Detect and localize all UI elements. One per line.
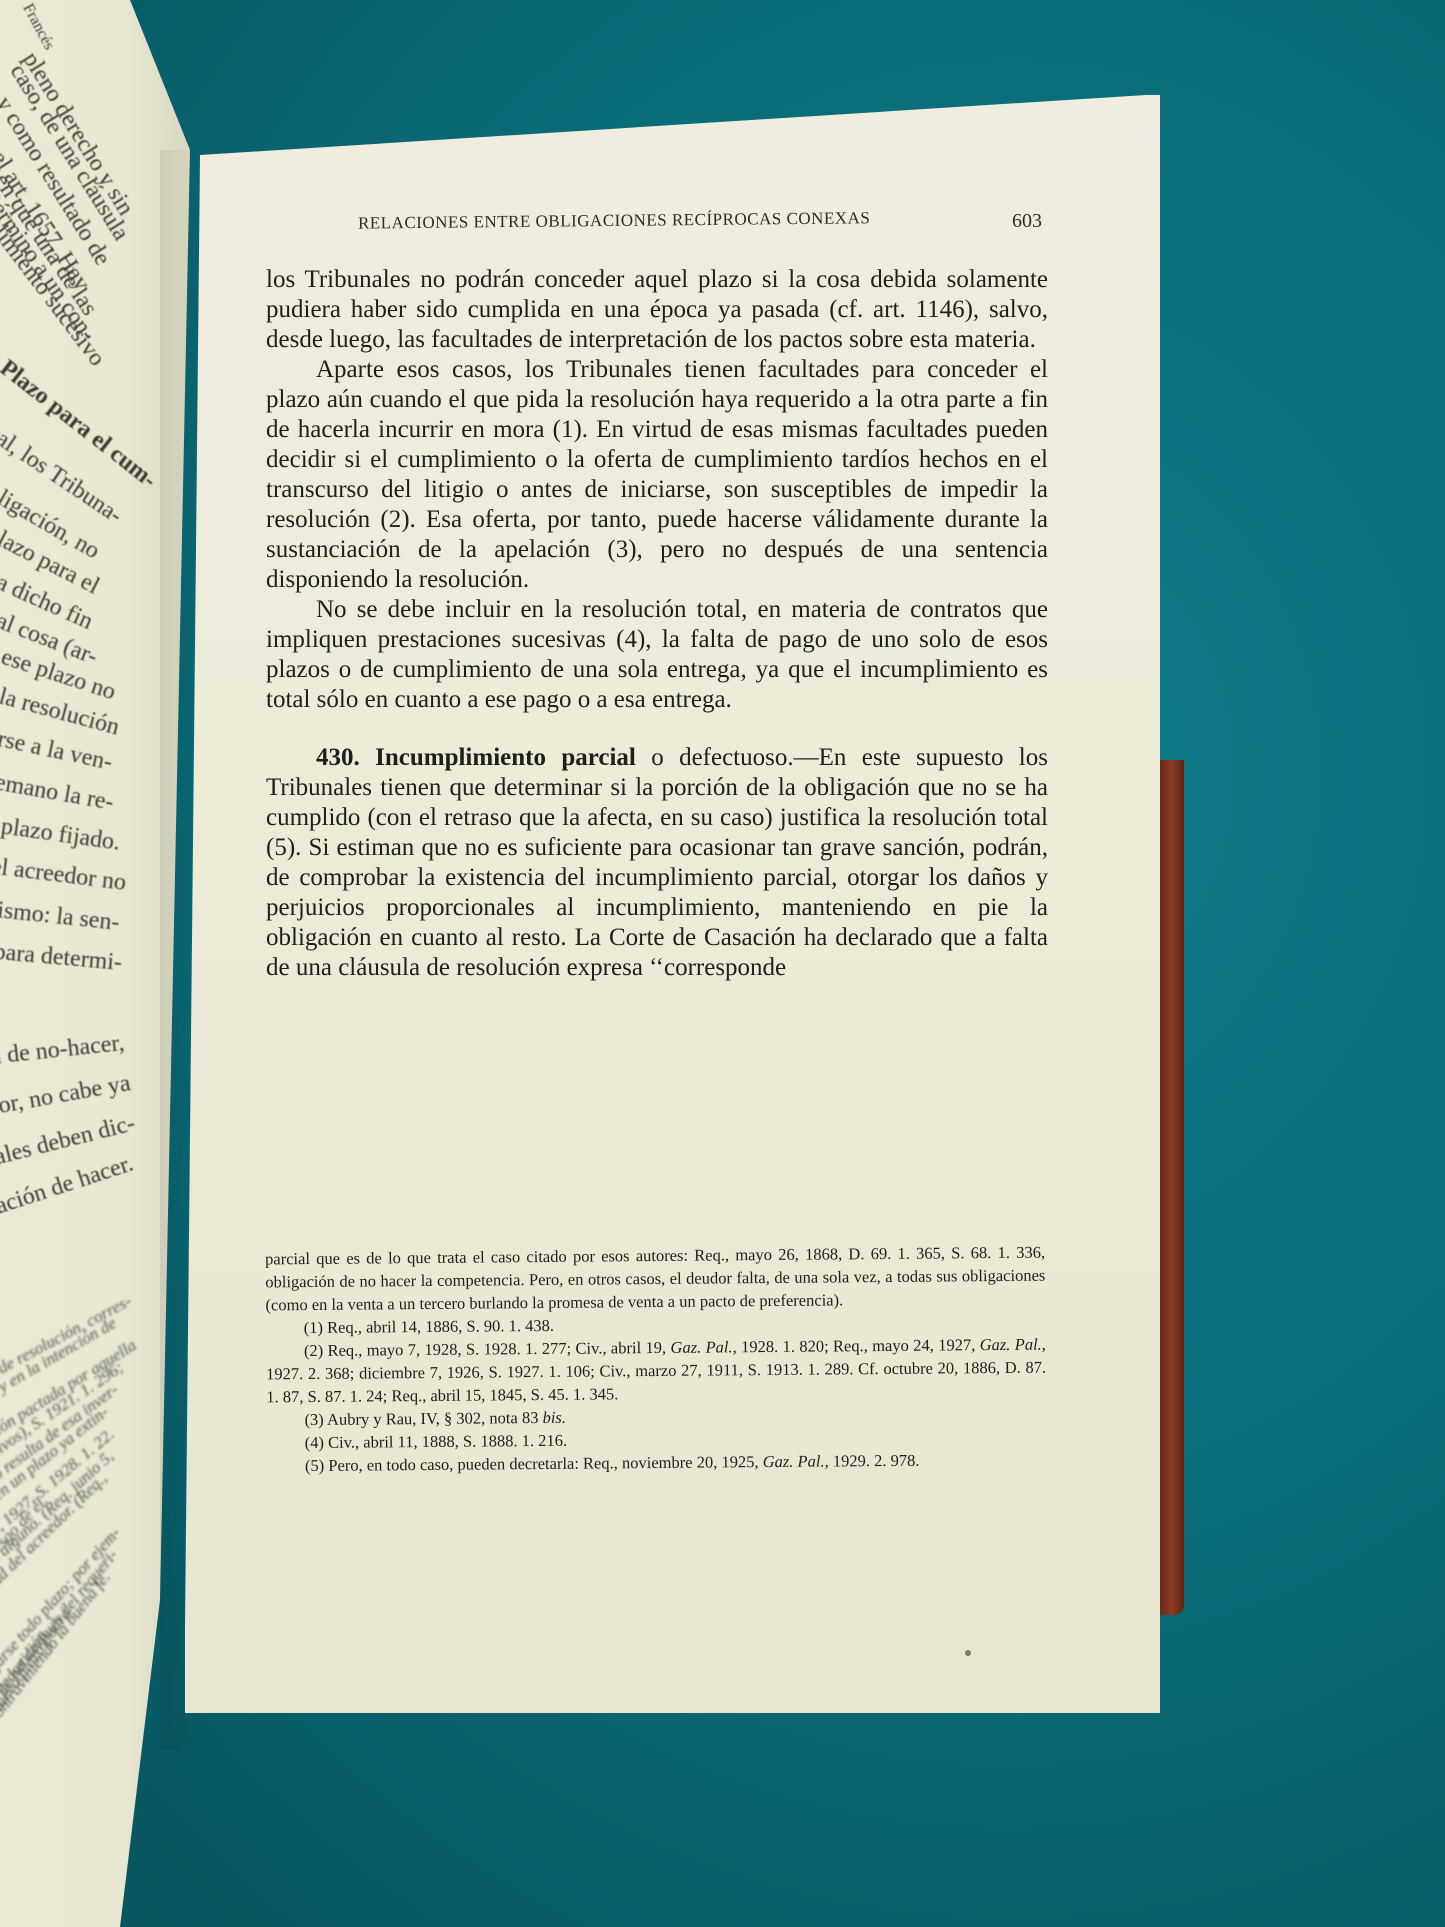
footnote-marker: (5) bbox=[305, 1456, 324, 1475]
section-title-rest: o defectuoso. bbox=[636, 744, 794, 771]
book-binding-edge bbox=[1160, 760, 1184, 1615]
footnote-text: Civ., abril 11, 1888, S. 1888. 1. 216. bbox=[328, 1431, 567, 1452]
footnote-italic: Gaz. Pal. bbox=[670, 1337, 732, 1357]
footnote-text: Req., abril 14, 1886, S. 90. 1. 438. bbox=[327, 1316, 554, 1337]
footnote-marker: (3) bbox=[304, 1410, 323, 1429]
left-line: pecial para determi- bbox=[0, 933, 123, 977]
footnote-marker: (1) bbox=[304, 1318, 323, 1337]
page-number: 603 bbox=[1012, 210, 1042, 233]
section-title: Incumplimiento parcial bbox=[375, 744, 636, 771]
footnote-continuation: parcial que es de lo que trata el caso c… bbox=[265, 1241, 1046, 1317]
footnote-text: , 1929. 2. 978. bbox=[824, 1451, 919, 1471]
paragraph: No se debe incluir en la resolución tota… bbox=[266, 595, 1048, 715]
section-text: —En este supuesto los Tribunales tienen … bbox=[266, 744, 1048, 981]
section-430: 430. Incumplimiento parcial o defectuoso… bbox=[266, 743, 1048, 983]
footnote-italic: Gaz. Pal. bbox=[763, 1452, 825, 1472]
body-text: los Tribunales no podrán conceder aquel … bbox=[266, 265, 1048, 983]
footnote-text: Req., mayo 7, 1928, S. 1928. 1. 277; Civ… bbox=[327, 1338, 670, 1360]
paragraph-continuation: los Tribunales no podrán conceder aquel … bbox=[266, 265, 1048, 355]
section-number: 430. bbox=[316, 744, 360, 771]
left-line: igación de no-hacer, bbox=[0, 1030, 126, 1077]
footnote-italic: bis. bbox=[542, 1408, 566, 1427]
paper-speck bbox=[965, 1650, 971, 1656]
footnote-text: , 1928. 1. 820; Req., mayo 24, 1927, bbox=[733, 1335, 980, 1356]
footnote-marker: (2) bbox=[304, 1341, 323, 1360]
footnote-marker: (4) bbox=[305, 1433, 324, 1452]
footnote-text: Pero, en todo caso, pueden decretarla: R… bbox=[328, 1452, 763, 1475]
footnotes: parcial que es de lo que trata el caso c… bbox=[265, 1241, 1047, 1478]
paragraph: Aparte esos casos, los Tribunales tienen… bbox=[266, 355, 1048, 595]
left-line: or sí mismo: la sen- bbox=[0, 890, 121, 937]
footnote-text: Aubry y Rau, IV, § 302, nota 83 bbox=[327, 1408, 543, 1429]
footnote-2: (2) Req., mayo 7, 1928, S. 1928. 1. 277;… bbox=[266, 1333, 1047, 1409]
left-running-head: Francés bbox=[18, 1, 57, 53]
left-section-heading: . Plazo para el cum- bbox=[0, 348, 162, 494]
footnote-italic: Gaz. Pal. bbox=[980, 1335, 1042, 1355]
